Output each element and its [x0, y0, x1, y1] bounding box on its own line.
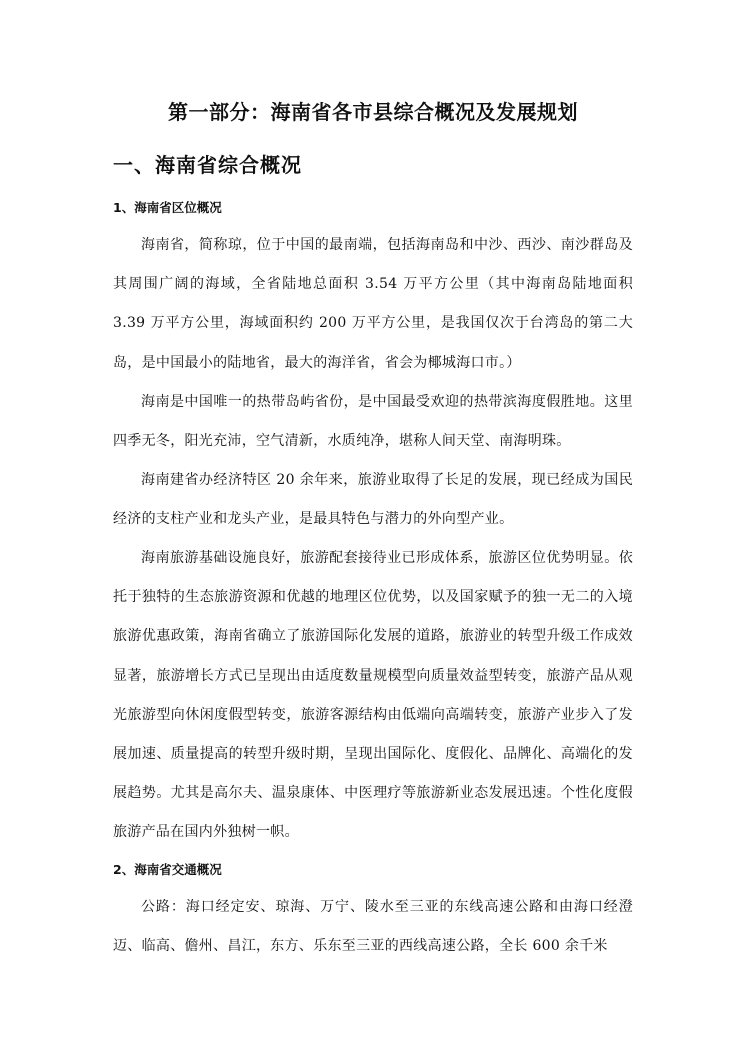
paragraph: 公路：海口经定安、琼海、万宁、陵水至三亚的东线高速公路和由海口经澄迈、临高、儋州… — [113, 888, 633, 966]
section-heading: 一、海南省综合概况 — [113, 149, 302, 178]
subsection-heading-location: 1、海南省区位概况 — [113, 198, 222, 216]
paragraph: 海南是中国唯一的热带岛屿省份，是中国最受欢迎的热带滨海度假胜地。这里四季无冬，阳… — [113, 383, 633, 461]
paragraph: 海南省，简称琼，位于中国的最南端，包括海南岛和中沙、西沙、南沙群岛及其周围广阔的… — [113, 226, 633, 383]
paragraph: 海南旅游基础设施良好，旅游配套接待业已形成体系，旅游区位优势明显。依托于独特的生… — [113, 539, 633, 853]
paragraph: 海南建省办经济特区 20 余年来，旅游业取得了长足的发展，现已经成为国民经济的支… — [113, 461, 633, 539]
document-title: 第一部分：海南省各市县综合概况及发展规划 — [113, 96, 633, 125]
subsection-heading-transport: 2、海南省交通概况 — [113, 860, 222, 878]
